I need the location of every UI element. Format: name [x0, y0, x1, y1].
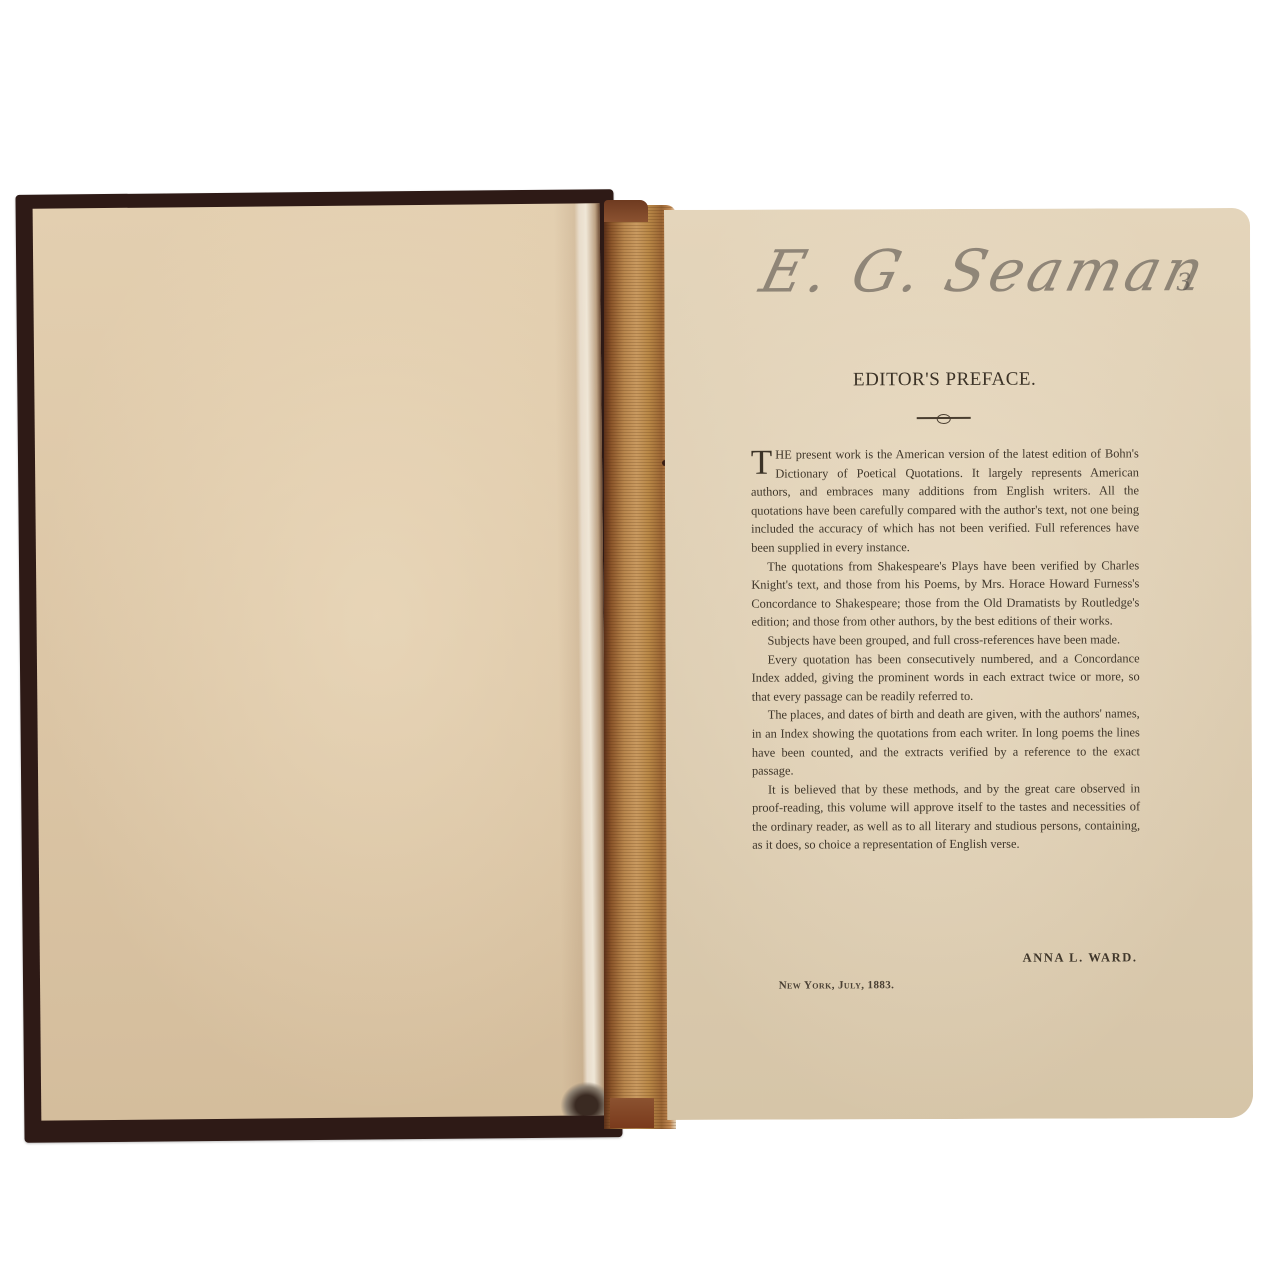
spine-tailcap — [610, 1098, 654, 1128]
endpaper-blank — [33, 203, 609, 1120]
open-book-photo: E. G. Seaman 3 EDITOR'S PREFACE. THE pre… — [0, 0, 1280, 1280]
preface-paragraph: It is believed that by these methods, an… — [752, 779, 1140, 855]
preface-paragraph: Every quotation has been consecutively n… — [752, 649, 1140, 706]
preface-paragraph: THE present work is the American version… — [751, 444, 1139, 557]
preface-body: THE present work is the American version… — [751, 444, 1140, 854]
page-title: EDITOR'S PREFACE. — [665, 368, 1251, 392]
ornament-rule-icon — [917, 417, 971, 419]
preface-page: E. G. Seaman 3 EDITOR'S PREFACE. THE pre… — [664, 208, 1253, 1120]
pencil-note: 3 — [1176, 268, 1191, 296]
spine-headcap — [604, 200, 648, 222]
preface-paragraph: The places, and dates of birth and death… — [752, 705, 1140, 781]
drop-cap: T — [751, 448, 772, 478]
preface-paragraph: Subjects have been grouped, and full cro… — [751, 630, 1139, 650]
editor-name: ANNA L. WARD. — [1023, 950, 1138, 965]
torn-hinge-edge — [554, 203, 609, 1115]
place-date: New York, July, 1883. — [779, 979, 895, 991]
preface-paragraph: The quotations from Shakespeare's Plays … — [751, 556, 1139, 632]
corner-damage — [560, 1081, 604, 1115]
pencil-signature: E. G. Seaman — [754, 236, 1215, 306]
left-cover-board — [15, 189, 622, 1143]
